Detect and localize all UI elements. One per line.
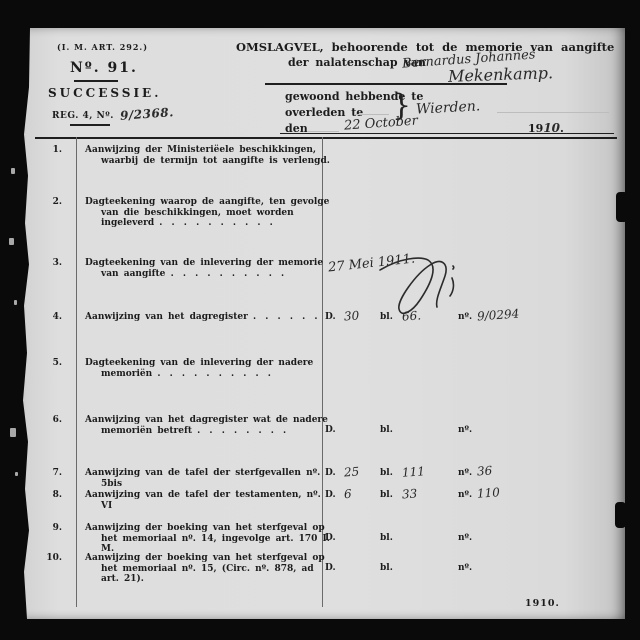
scan-artifact <box>11 168 15 174</box>
row-description: Aanwijzing der boeking van het sterfgeva… <box>85 553 334 585</box>
scan-artifact <box>9 238 14 245</box>
register-part-label: D. <box>325 533 336 543</box>
row-number: 4. <box>36 312 62 322</box>
page-value: 111 <box>402 464 426 480</box>
row-number: 5. <box>36 358 62 368</box>
row-number: 10. <box>36 553 62 563</box>
dot-leader: . . . . . . . . . . <box>171 269 287 279</box>
row-description: Dagteekening waarop de aangifte, ten gev… <box>85 197 334 229</box>
place-of-death-handwritten: Wierden. <box>416 98 481 117</box>
register-part-label: D. <box>325 468 336 478</box>
category-title: SUCCESSIE. <box>48 86 161 100</box>
dot-leader: . . . . . . . . . . <box>159 218 275 228</box>
document-page: (I. M. ART. 292.) Nº. 91. SUCCESSIE. REG… <box>22 28 625 619</box>
number-value: 110 <box>477 485 501 501</box>
register-label: REG. 4, Nº. 9/2368. <box>52 107 173 121</box>
dot-leader: . . . . . . . . <box>197 426 288 436</box>
page-label: bl. <box>380 563 393 573</box>
dot-leader: . . . . . . . . . . <box>157 369 273 379</box>
document-title: OMSLAGVEL, behoorende tot de memorie van… <box>236 40 614 54</box>
row-number: 1. <box>36 145 62 155</box>
divider-line <box>74 80 118 82</box>
page-value: 66. <box>402 308 422 323</box>
footer-year: 1910. <box>525 598 560 609</box>
row-description: Aanwijzing van het dagregister . . . . .… <box>85 312 334 323</box>
number-label: nº. <box>458 312 472 322</box>
page-label: bl. <box>380 490 393 500</box>
page-label: bl. <box>380 533 393 543</box>
number-label: nº. <box>458 425 472 435</box>
register-number-handwritten: 9/2368. <box>119 105 174 123</box>
number-label: nº. <box>458 468 472 478</box>
row-number: 2. <box>36 197 62 207</box>
name-underline <box>265 83 507 85</box>
number-column-rule <box>76 137 77 607</box>
row-description: Aanwijzing van de tafel der sterfgevalle… <box>85 468 334 489</box>
row-description: Aanwijzing der Ministeriëele beschikking… <box>85 145 334 166</box>
number-label: nº. <box>458 533 472 543</box>
row-description: Dagteekening van de inlevering der memor… <box>85 258 334 279</box>
article-reference: (I. M. ART. 292.) <box>57 42 148 52</box>
scan-artifact <box>616 192 628 222</box>
dot-leader: . . . . . . <box>253 312 319 322</box>
register-part-label: D. <box>325 563 336 573</box>
page-label: bl. <box>380 425 393 435</box>
scan-artifact <box>15 472 18 476</box>
register-part-value: 6 <box>344 487 353 501</box>
register-part-label: D. <box>325 490 336 500</box>
register-part-value: 30 <box>344 308 360 323</box>
number-value: 36 <box>477 463 493 478</box>
scan-artifact <box>14 300 17 305</box>
row-description: Aanwijzing der boeking van het sterfgeva… <box>85 523 334 555</box>
page-label: bl. <box>380 312 393 322</box>
register-part-label: D. <box>325 425 336 435</box>
row-number: 6. <box>36 415 62 425</box>
register-part-label: D. <box>325 312 336 322</box>
row-number: 3. <box>36 258 62 268</box>
form-number: Nº. 91. <box>70 60 138 76</box>
header-table-rule <box>35 137 617 139</box>
row-description: Dagteekening van de inlevering der nader… <box>85 358 334 379</box>
scan-artifact <box>10 428 16 437</box>
page-label: bl. <box>380 468 393 478</box>
scan-artifact <box>615 502 626 528</box>
number-label: nº. <box>458 563 472 573</box>
number-label: nº. <box>458 490 472 500</box>
register-part-value: 25 <box>344 464 360 479</box>
row-description: Aanwijzing van het dagregister wat de na… <box>85 415 334 436</box>
row-number: 8. <box>36 490 62 500</box>
page-value: 33 <box>402 486 418 501</box>
row-number: 9. <box>36 523 62 533</box>
fill-line <box>307 131 339 132</box>
divider-line <box>70 124 110 126</box>
row-number: 7. <box>36 468 62 478</box>
scanned-archival-document: { "colors": {"background": "#0a0a0a", "p… <box>0 0 640 640</box>
fill-line <box>497 112 609 113</box>
number-value: 9/0294 <box>477 307 520 324</box>
date-underline <box>280 133 614 134</box>
row-description: Aanwijzing van de tafel der testamenten,… <box>85 490 334 511</box>
